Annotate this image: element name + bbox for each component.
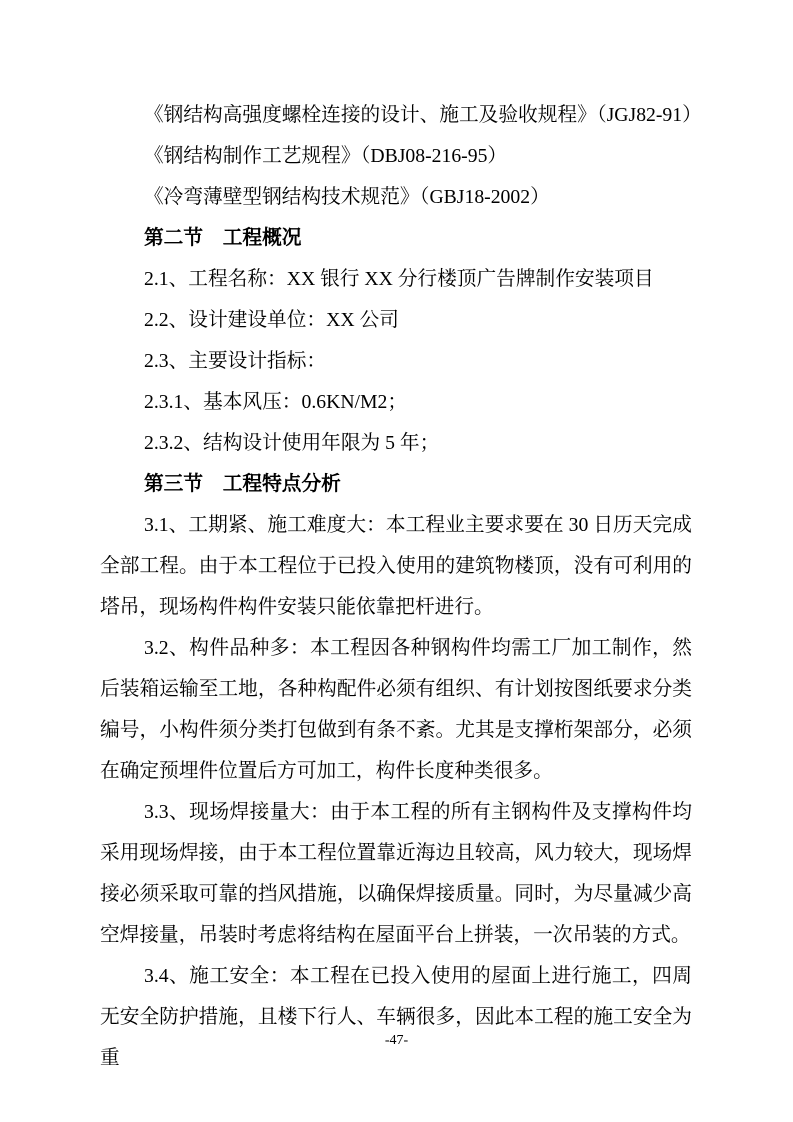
body-paragraph: 2.2、设计建设单位：XX 公司 — [100, 300, 692, 341]
page-number: -47- — [0, 1032, 793, 1050]
document-page: 《钢结构高强度螺栓连接的设计、施工及验收规程》（JGJ82-91） 《钢结构制作… — [0, 0, 793, 1122]
body-paragraph: 3.2、构件品种多：本工程因各种钢构件均需工厂加工制作，然后装箱运输至工地，各种… — [100, 628, 692, 792]
body-paragraph: 2.1、工程名称：XX 银行 XX 分行楼顶广告牌制作安装项目 — [100, 259, 692, 300]
reference-item: 《钢结构制作工艺规程》（DBJ08-216-95） — [100, 136, 692, 177]
reference-item: 《冷弯薄壁型钢结构技术规范》（GBJ18-2002） — [100, 177, 692, 218]
body-paragraph: 2.3.2、结构设计使用年限为 5 年； — [100, 423, 692, 464]
section-heading-2: 第二节 工程概况 — [100, 218, 692, 259]
body-paragraph: 2.3.1、基本风压：0.6KN/M2； — [100, 382, 692, 423]
body-paragraph: 2.3、主要设计指标： — [100, 341, 692, 382]
document-body: 《钢结构高强度螺栓连接的设计、施工及验收规程》（JGJ82-91） 《钢结构制作… — [100, 95, 692, 1079]
body-paragraph: 3.4、施工安全：本工程在已投入使用的屋面上进行施工，四周无安全防护措施，且楼下… — [100, 956, 692, 1079]
body-paragraph: 3.3、现场焊接量大：由于本工程的所有主钢构件及支撑构件均采用现场焊接，由于本工… — [100, 792, 692, 956]
body-paragraph: 3.1、工期紧、施工难度大：本工程业主要求要在 30 日历天完成全部工程。由于本… — [100, 505, 692, 628]
reference-item: 《钢结构高强度螺栓连接的设计、施工及验收规程》（JGJ82-91） — [100, 95, 692, 136]
section-heading-3: 第三节 工程特点分析 — [100, 464, 692, 505]
